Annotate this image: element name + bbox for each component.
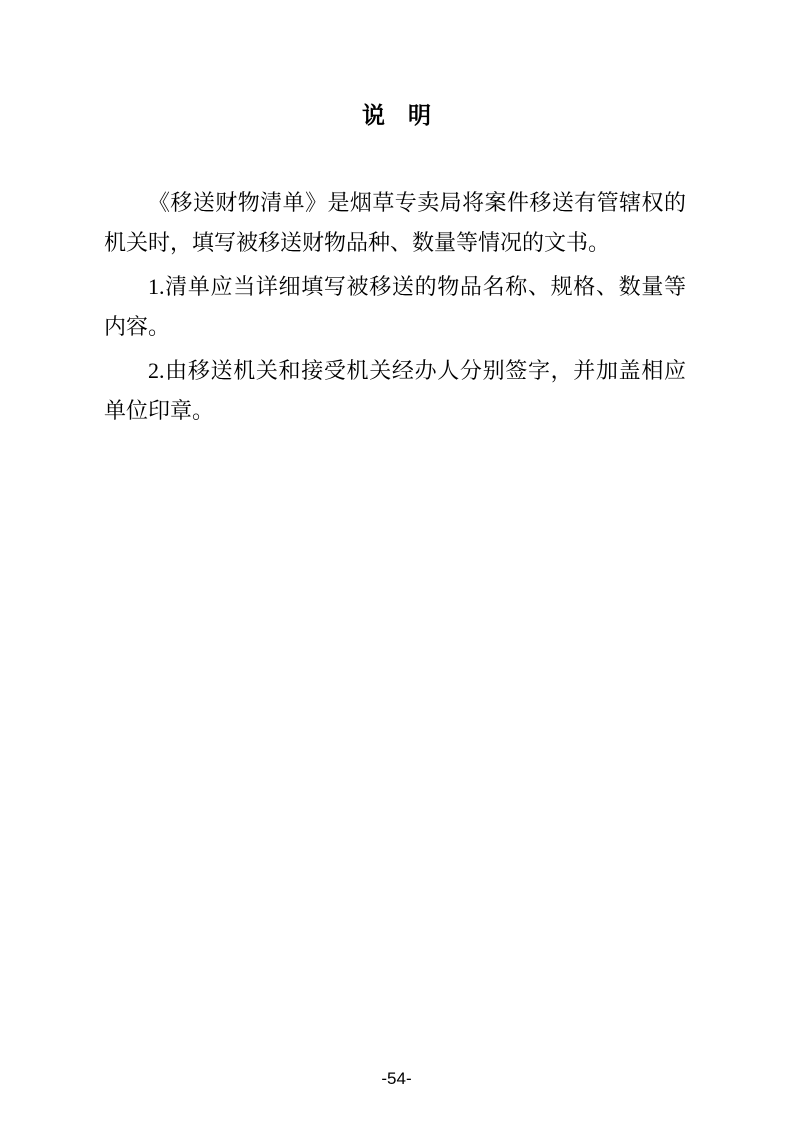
page-title: 说 明 <box>0 100 793 130</box>
paragraph-item-1: 1.清单应当详细填写被移送的物品名称、规格、数量等内容。 <box>104 267 686 347</box>
page-number: -54- <box>0 1068 793 1090</box>
document-page: 说 明 《移送财物清单》是烟草专卖局将案件移送有管辖权的机关时，填写被移送财物品… <box>0 0 793 1122</box>
paragraph-item-2: 2.由移送机关和接受机关经办人分别签字，并加盖相应单位印章。 <box>104 351 686 431</box>
paragraph-intro: 《移送财物清单》是烟草专卖局将案件移送有管辖权的机关时，填写被移送财物品种、数量… <box>104 183 686 263</box>
document-body: 《移送财物清单》是烟草专卖局将案件移送有管辖权的机关时，填写被移送财物品种、数量… <box>104 183 686 435</box>
